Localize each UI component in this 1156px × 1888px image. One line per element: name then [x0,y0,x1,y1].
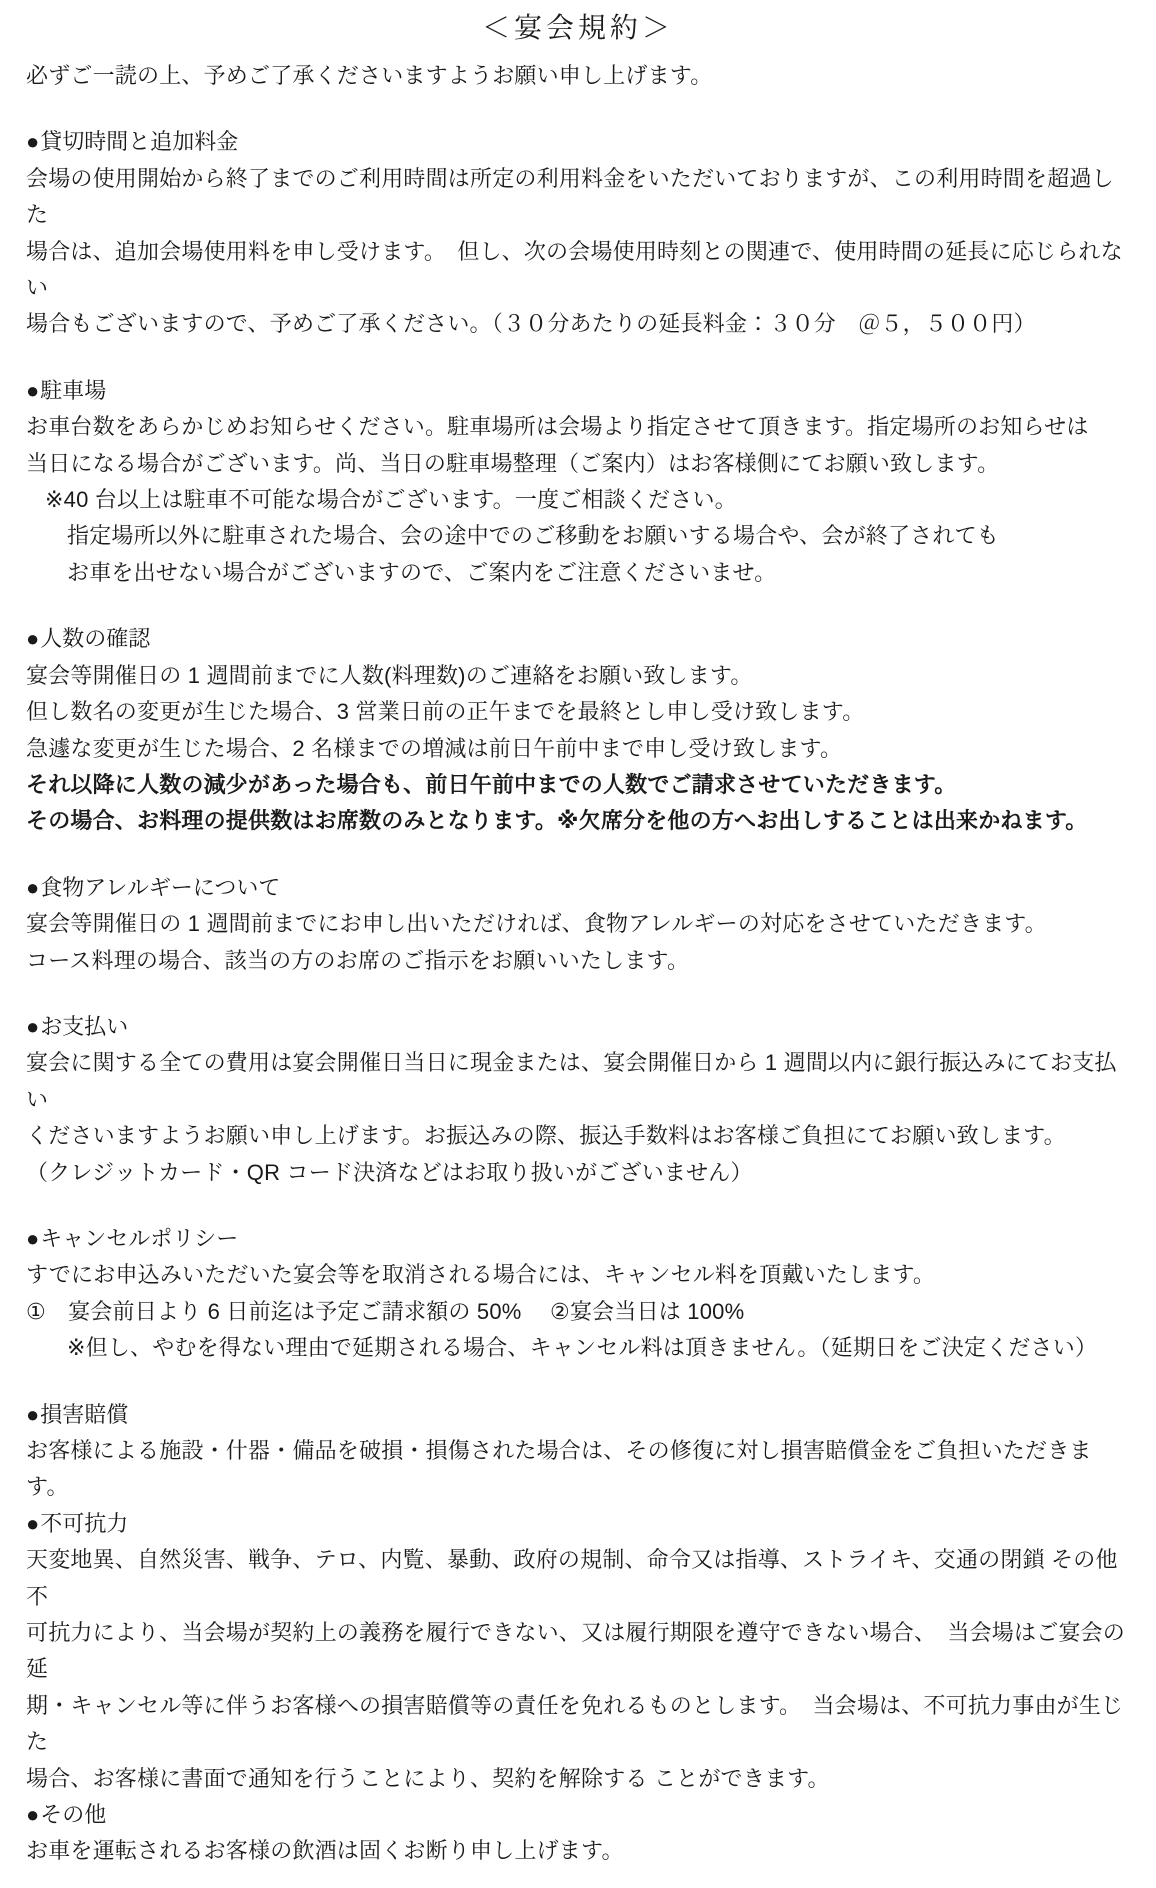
rule-text-line: 急遽な変更が生じた場合、2 名様までの増減は前日午前中まで申し受け致します。 [26,731,1130,767]
rule-text-line-note: ※但し、やむを得ない理由で延期される場合、キャンセル料は頂きません。（延期日をご… [26,1330,1130,1366]
bullet-icon: ● [26,1014,39,1039]
banquet-rules-document: ＜宴会規約＞ 必ずご一読の上、予めご了承くださいますようお願い申し上げます。 ●… [0,0,1156,1888]
bullet-icon: ● [26,1402,39,1427]
bullet-icon: ● [26,875,39,900]
rule-text-line: （クレジットカード・QR コード決済などはお取り扱いがございません） [26,1155,1130,1191]
section-heading-label: その他 [40,1802,106,1827]
section-heading: ●食物アレルギーについて [26,870,1130,906]
bullet-icon: ● [26,1802,39,1827]
section-heading-label: 貸切時間と追加料金 [40,129,238,154]
rule-text-line: 天変地異、自然災害、戦争、テロ、内覧、暴動、政府の規制、命令又は指導、ストライキ… [26,1542,1130,1615]
rule-text-line: 宴会等開催日の 1 週間前までに人数(料理数)のご連絡をお願い致します。 [26,658,1130,694]
section-others: ●その他 お車を運転されるお客様の飲酒は固くお断り申し上げます。 [26,1797,1130,1870]
rule-text-line: お客様による施設・什器・備品を破損・損傷された場合は、その修復に対し損害賠償金を… [26,1433,1130,1506]
section-heading: ●人数の確認 [26,621,1130,657]
page-title: ＜宴会規約＞ [26,6,1130,50]
section-heading-label: お支払い [40,1014,128,1039]
section-cancellation-policy: ●キャンセルポリシー すでにお申込みいただいた宴会等を取消される場合には、キャン… [26,1221,1130,1367]
bullet-icon: ● [26,378,39,403]
rule-text-line: お車を運転されるお客様の飲酒は固くお断り申し上げます。 [26,1833,1130,1869]
section-heading-label: 人数の確認 [40,626,150,651]
section-heading: ●その他 [26,1797,1130,1833]
rule-text-line: 宴会等開催日の 1 週間前までにお申し出いただければ、食物アレルギーの対応をさせ… [26,906,1130,942]
section-heading-label: 不可抗力 [40,1511,128,1536]
rule-text-line: 可抗力により、当会場が契約上の義務を履行できない、又は履行期限を遵守できない場合… [26,1615,1130,1688]
section-heading-label: 食物アレルギーについて [40,875,280,900]
rule-text-line: 場合、お客様に書面で通知を行うことにより、契約を解除する ことができます。 [26,1761,1130,1797]
rule-text-line: 宴会に関する全ての費用は宴会開催日当日に現金または、宴会開催日から 1 週間以内… [26,1045,1130,1118]
rule-text-line: お車台数をあらかじめお知らせください。駐車場所は会場より指定させて頂きます。指定… [26,409,1130,445]
rule-text-line-note: ※40 台以上は駐車不可能な場合がございます。一度ご相談ください。 [26,482,1130,518]
section-heading: ●駐車場 [26,373,1130,409]
section-heading-label: 損害賠償 [40,1402,128,1427]
rule-text-line: 但し数名の変更が生じた場合、3 営業日前の正午までを最終とし申し受け致します。 [26,694,1130,730]
rule-text-line: 期・キャンセル等に伴うお客様への損害賠償等の責任を免れるものとします。 当会場は… [26,1688,1130,1761]
rule-text-line-numbered: ① 宴会前日より 6 日前迄は予定ご請求額の 50% ②宴会当日は 100% [26,1294,1130,1330]
rule-text-line: 場合もございますので、予めご了承ください。（３０分あたりの延長料金：３０分 ＠５… [26,306,1130,342]
section-rental-time-and-extra-fees: ●貸切時間と追加料金 会場の使用開始から終了までのご利用時間は所定の利用料金をい… [26,124,1130,342]
section-heading: ●お支払い [26,1009,1130,1045]
bullet-icon: ● [26,129,39,154]
section-food-allergy: ●食物アレルギーについて 宴会等開催日の 1 週間前までにお申し出いただければ、… [26,870,1130,979]
rule-text-line: お車を出せない場合がございますので、ご案内をご注意くださいませ。 [26,555,1130,591]
rule-text-line: コース料理の場合、該当の方のお席のご指示をお願いいたします。 [26,943,1130,979]
bullet-icon: ● [26,1511,39,1536]
rule-text-line: 場合は、追加会場使用料を申し受けます。 但し、次の会場使用時刻との関連で、使用時… [26,234,1130,307]
section-heading: ●キャンセルポリシー [26,1221,1130,1257]
rule-text-line: 会場の使用開始から終了までのご利用時間は所定の利用料金をいただいておりますが、こ… [26,161,1130,234]
rule-text-line: 指定場所以外に駐車された場合、会の途中でのご移動をお願いする場合や、会が終了され… [26,518,1130,554]
document-page: { "page": { "title": "＜宴会規約＞", "bullet":… [0,0,1156,1888]
rule-text-line-emphasis: それ以降に人数の減少があった場合も、前日午前中までの人数でご請求させていただきま… [26,767,1130,803]
section-heading-label: 駐車場 [40,378,106,403]
rule-text-line: すでにお申込みいただいた宴会等を取消される場合には、キャンセル料を頂戴いたします… [26,1257,1130,1293]
section-heading-label: キャンセルポリシー [40,1226,238,1251]
section-heading: ●貸切時間と追加料金 [26,124,1130,160]
section-force-majeure: ●不可抗力 天変地異、自然災害、戦争、テロ、内覧、暴動、政府の規制、命令又は指導… [26,1506,1130,1797]
bullet-icon: ● [26,1226,39,1251]
section-heading: ●不可抗力 [26,1506,1130,1542]
intro-text: 必ずご一読の上、予めご了承くださいますようお願い申し上げます。 [26,58,1130,94]
bullet-icon: ● [26,626,39,651]
rule-text-line: 当日になる場合がございます。尚、当日の駐車場整理（ご案内）はお客様側にてお願い致… [26,446,1130,482]
section-headcount-confirmation: ●人数の確認 宴会等開催日の 1 週間前までに人数(料理数)のご連絡をお願い致し… [26,621,1130,839]
rule-text-line: くださいますようお願い申し上げます。お振込みの際、振込手数料はお客様ご負担にてお… [26,1118,1130,1154]
section-damages: ●損害賠償 お客様による施設・什器・備品を破損・損傷された場合は、その修復に対し… [26,1397,1130,1506]
section-payment: ●お支払い 宴会に関する全ての費用は宴会開催日当日に現金または、宴会開催日から … [26,1009,1130,1191]
section-heading: ●損害賠償 [26,1397,1130,1433]
section-parking: ●駐車場 お車台数をあらかじめお知らせください。駐車場所は会場より指定させて頂き… [26,373,1130,591]
rule-text-line-emphasis: その場合、お料理の提供数はお席数のみとなります。※欠席分を他の方へお出しすること… [26,803,1130,839]
